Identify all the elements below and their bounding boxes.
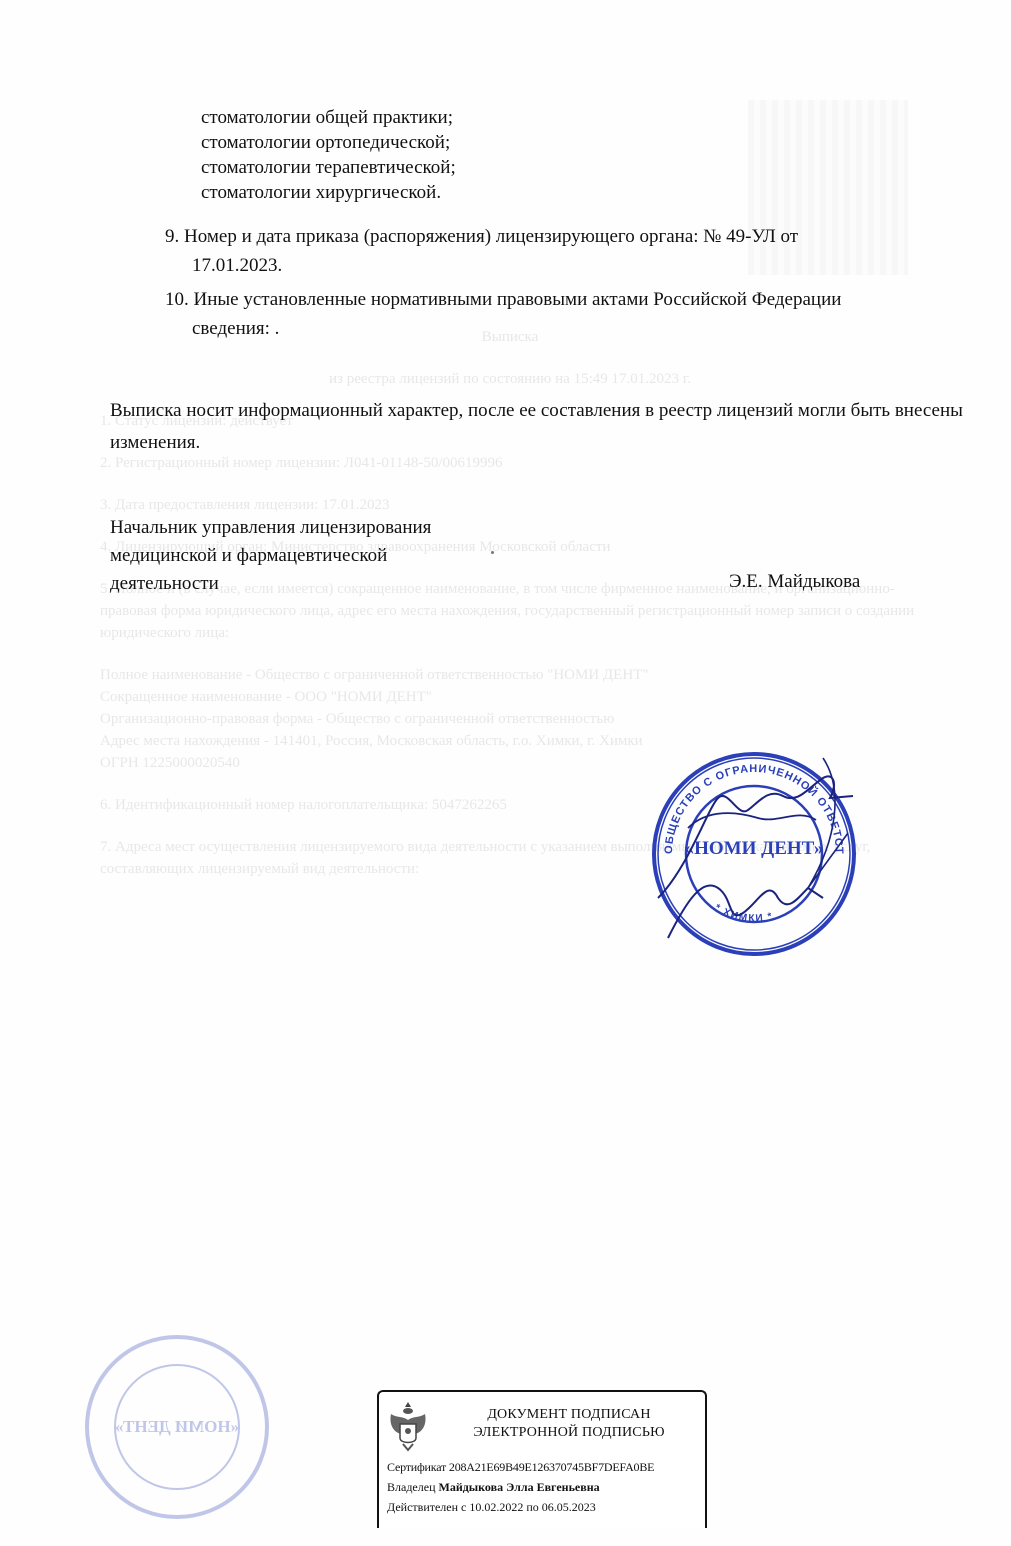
activity-list-item: стоматологии общей практики;: [201, 106, 453, 130]
company-stamp: ОБЩЕСТВО С ОГРАНИЧЕННОЙ ОТВЕТСТВЕННОСТЬЮ…: [648, 748, 860, 960]
item-10-other-info: 10. Иные установленные нормативными прав…: [165, 288, 925, 341]
scan-speck: [491, 551, 494, 554]
certificate-id: 208A21E69B49E126370745BF7DEFA0BE: [449, 1460, 654, 1474]
signer-name: Э.Е. Майдыкова: [729, 570, 860, 594]
certificate-line: Сертификат 208A21E69B49E126370745BF7DEFA…: [387, 1460, 654, 1475]
owner-line: Владелец Майдыкова Элла Евгеньевна: [387, 1480, 600, 1495]
document-page: Выписка из реестра лицензий по состоянию…: [0, 0, 1011, 1546]
stamp-ghost-icon: «НОМИ ДЕНТ»: [82, 1332, 272, 1522]
activity-list-item: стоматологии хирургической.: [201, 181, 441, 205]
mirrored-stamp-bleed-through: «НОМИ ДЕНТ»: [82, 1332, 272, 1522]
svg-text:«НОМИ ДЕНТ»: «НОМИ ДЕНТ»: [115, 1417, 239, 1436]
item-9-order-number: 9. Номер и дата приказа (распоряжения) л…: [165, 225, 925, 278]
validity-period: с 10.02.2022 по 06.05.2023: [461, 1500, 596, 1514]
electronic-signature-box: ДОКУМЕНТ ПОДПИСАН ЭЛЕКТРОННОЙ ПОДПИСЬЮ С…: [377, 1390, 707, 1528]
coat-of-arms-icon: [387, 1400, 429, 1452]
activity-list-item: стоматологии ортопедической;: [201, 131, 450, 155]
stamp-seal-icon: ОБЩЕСТВО С ОГРАНИЧЕННОЙ ОТВЕТСТВЕННОСТЬЮ…: [648, 748, 860, 960]
signature-heading: ДОКУМЕНТ ПОДПИСАН ЭЛЕКТРОННОЙ ПОДПИСЬЮ: [439, 1406, 699, 1442]
signer-title: Начальник управления лицензирования меди…: [110, 514, 431, 598]
svg-text:«НОМИ ДЕНТ»: «НОМИ ДЕНТ»: [685, 838, 824, 859]
owner-name: Майдыкова Элла Евгеньевна: [439, 1480, 600, 1494]
informational-note: Выписка носит информационный характер, п…: [110, 395, 980, 459]
validity-line: Действителен с 10.02.2022 по 06.05.2023: [387, 1500, 596, 1515]
activity-list-item: стоматологии терапевтической;: [201, 156, 456, 180]
